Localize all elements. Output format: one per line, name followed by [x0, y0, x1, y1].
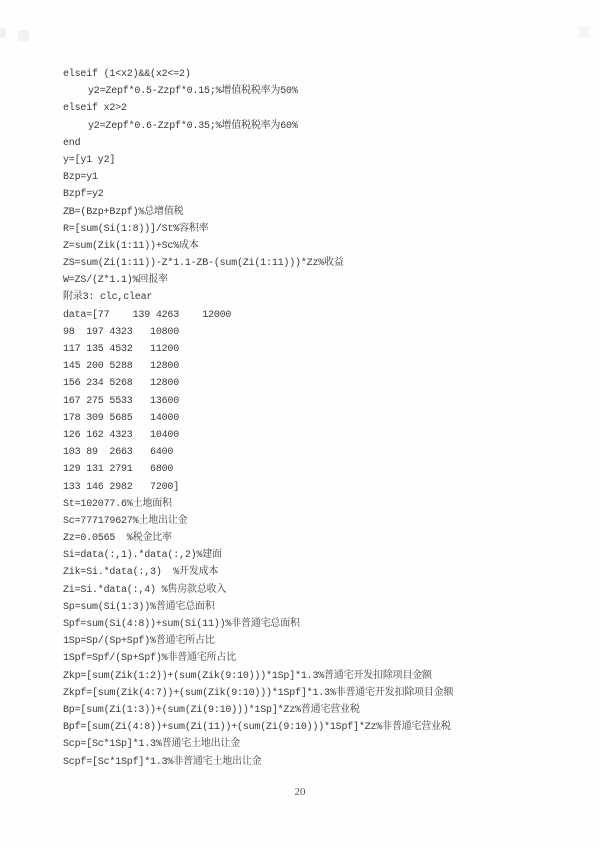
code-block: elseif (1<x2)&&(x2<=2)y2=Zepf*0.5-Zzpf*0… [63, 66, 563, 771]
code-line: 133 146 2982 7200] [63, 479, 563, 496]
code-line: R=[sum(Si(1:8))]/St%容积率 [63, 221, 563, 238]
code-line: 98 197 4323 10800 [63, 324, 563, 341]
code-line: 126 162 4323 10400 [63, 427, 563, 444]
code-line: Zkpf=[sum(Zik(4:7))+(sum(Zik(9:10)))*1Sp… [63, 685, 563, 702]
code-line: elseif (1<x2)&&(x2<=2) [63, 66, 563, 83]
code-line: 156 234 5268 12800 [63, 375, 563, 392]
code-line: 1Spf=Spf/(Sp+Spf)%非普通宅所占比 [63, 650, 563, 667]
code-line: 145 200 5288 12800 [63, 358, 563, 375]
code-line: Zi=Si.*data(:,4) %售房款总收入 [63, 582, 563, 599]
code-line: 178 309 5685 14000 [63, 410, 563, 427]
code-line: data=[77 139 4263 12000 [63, 307, 563, 324]
code-line: Scp=[Sc*1Sp]*1.3%普通宅土地出让金 [63, 736, 563, 753]
code-line: 103 89 2663 6400 [63, 444, 563, 461]
code-line: Z=sum(Zik(1:11))+Sc%成本 [63, 238, 563, 255]
code-line: Spf=sum(Si(4:8))+sum(Si(11))%非普通宅总面积 [63, 616, 563, 633]
code-line: St=102077.6%土地面积 [63, 496, 563, 513]
code-line: Bzpf=y2 [63, 186, 563, 203]
scan-smudge [578, 26, 590, 38]
scan-smudge [18, 30, 29, 41]
code-line: Zz=0.0565 %税金比率 [63, 530, 563, 547]
code-line: 167 275 5533 13600 [63, 393, 563, 410]
code-line: W=ZS/(Z*1.1)%回报率 [63, 272, 563, 289]
code-line: ZS=sum(Zi(1:11))-Z*1.1-ZB-(sum(Zi(1:11))… [63, 255, 563, 272]
code-line: Sp=sum(Si(1:3))%普通宅总面积 [63, 599, 563, 616]
code-line: elseif x2>2 [63, 100, 563, 117]
code-line: y2=Zepf*0.6-Zzpf*0.35;%增值税税率为60% [63, 118, 563, 135]
code-line: Si=data(:,1).*data(:,2)%建面 [63, 547, 563, 564]
code-line: Zik=Si.*data(:,3) %开发成本 [63, 564, 563, 581]
code-line: Sc=777179627%土地出让金 [63, 513, 563, 530]
code-line: Zkp=[sum(Zik(1:2))+(sum(Zik(9:10)))*1Sp]… [63, 668, 563, 685]
code-line: end [63, 135, 563, 152]
code-line: 附录3: clc,clear [63, 289, 563, 306]
code-line: 117 135 4532 11200 [63, 341, 563, 358]
code-line: Bpf=[sum(Zi(4:8))+sum(Zi(11))+(sum(Zi(9:… [63, 719, 563, 736]
scan-smudge [0, 28, 6, 38]
code-line: y=[y1 y2] [63, 152, 563, 169]
page-number: 20 [0, 786, 600, 798]
document-page: elseif (1<x2)&&(x2<=2)y2=Zepf*0.5-Zzpf*0… [0, 0, 600, 848]
code-line: Bzp=y1 [63, 169, 563, 186]
code-line: 1Sp=Sp/(Sp+Spf)%普通宅所占比 [63, 633, 563, 650]
code-line: y2=Zepf*0.5-Zzpf*0.15;%增值税税率为50% [63, 83, 563, 100]
code-line: Scpf=[Sc*1Spf]*1.3%非普通宅土地出让金 [63, 754, 563, 771]
code-line: ZB=(Bzp+Bzpf)%总增值税 [63, 204, 563, 221]
code-line: 129 131 2791 6800 [63, 461, 563, 478]
code-line: Bp=[sum(Zi(1:3))+(sum(Zi(9:10)))*1Sp]*Zz… [63, 702, 563, 719]
